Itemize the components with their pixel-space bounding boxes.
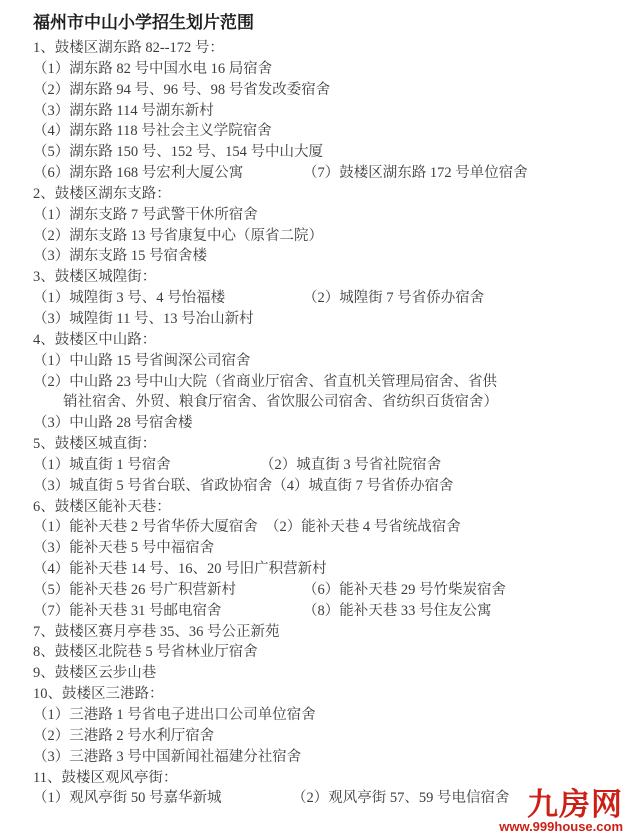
line-text: （3）城直街 5 号省台联、省政协宿舍（4）城直街 7 号省侨办宿舍 [33, 478, 454, 494]
line-text: （3）能补天巷 5 号中福宿舍 [33, 540, 214, 556]
line-text: （1）中山路 15 号省闽深公司宿舍 [33, 353, 251, 369]
line-text: 5、鼓楼区城直街： [33, 436, 156, 452]
document-line: （1）城隍街 3 号、4 号怡福楼（2）城隍街 7 号省侨办宿舍 [33, 288, 618, 309]
document-line: （3）湖东路 114 号湖东新村 [33, 101, 618, 122]
line-text: （3）湖东支路 15 号宿舍楼 [33, 248, 207, 264]
document-line: （1）湖东路 82 号中国水电 16 局宿舍 [33, 59, 618, 80]
line-text: （3）三港路 3 号中国新闻社福建分社宿舍 [33, 749, 301, 765]
document-line: （6）湖东路 168 号宏利大厦公寓（7）鼓楼区湖东路 172 号单位宿舍 [33, 163, 618, 184]
document-line: （3）城隍街 11 号、13 号冶山新村 [33, 309, 618, 330]
document-line: （7）能补天巷 31 号邮电宿舍（8）能补天巷 33 号住友公寓 [33, 601, 618, 622]
document-line: 2、鼓楼区湖东支路： [33, 184, 618, 205]
line-text-col2: （2）能补天巷 4 号省统战宿舍 [265, 517, 461, 538]
document-line: （1）湖东支路 7 号武警干休所宿舍 [33, 205, 618, 226]
document-line: 11、鼓楼区观风亭街： [33, 768, 618, 789]
line-text: 10、鼓楼区三港路： [33, 686, 164, 702]
line-text: （6）湖东路 168 号宏利大厦公寓 [33, 165, 243, 181]
document-line: 10、鼓楼区三港路： [33, 684, 618, 705]
document-line: （2）湖东支路 13 号省康复中心（原省二院） [33, 226, 618, 247]
watermark-url: www.999house.com [499, 820, 623, 834]
line-text: （2）三港路 2 号水利厅宿舍 [33, 728, 214, 744]
line-text: （5）湖东路 150 号、152 号、154 号中山大厦 [33, 144, 323, 160]
line-text: 1、鼓楼区湖东路 82--172 号： [33, 40, 224, 56]
document-line: 6、鼓楼区能补天巷： [33, 497, 618, 518]
page-title: 福州市中山小学招生划片范围 [33, 12, 618, 33]
document-line: （5）能补天巷 26 号广积营新村（6）能补天巷 29 号竹柴炭宿舍 [33, 580, 618, 601]
document-line: （2）湖东路 94 号、96 号、98 号省发改委宿舍 [33, 80, 618, 101]
line-text-col2: （6）能补天巷 29 号竹柴炭宿舍 [303, 580, 506, 601]
line-text: （3）中山路 28 号宿舍楼 [33, 415, 193, 431]
line-text: 销社宿舍、外贸、粮食厅宿舍、省饮服公司宿舍、省纺织百货宿舍） [63, 394, 498, 410]
line-text: 9、鼓楼区云步山巷 [33, 665, 156, 681]
line-text-col2: （2）城直街 3 号省社院宿舍 [260, 455, 441, 476]
line-text: （1）观风亭街 50 号嘉华新城 [33, 790, 222, 806]
line-text: （5）能补天巷 26 号广积营新村 [33, 582, 236, 598]
document-line: （4）湖东路 118 号社会主义学院宿舍 [33, 121, 618, 142]
line-text-col2: （2）观风亭街 57、59 号电信宿舍 [292, 788, 510, 809]
line-text: （1）城直街 1 号宿舍 [33, 457, 171, 473]
line-text: （3）湖东路 114 号湖东新村 [33, 103, 214, 119]
line-text: （1）城隍街 3 号、4 号怡福楼 [33, 290, 225, 306]
line-text: （3）城隍街 11 号、13 号冶山新村 [33, 311, 254, 327]
document-line: 销社宿舍、外贸、粮食厅宿舍、省饮服公司宿舍、省纺织百货宿舍） [33, 392, 618, 413]
line-text: （1）湖东路 82 号中国水电 16 局宿舍 [33, 61, 272, 77]
document-line: （3）中山路 28 号宿舍楼 [33, 413, 618, 434]
document-line: （1）中山路 15 号省闽深公司宿舍 [33, 351, 618, 372]
line-text: （1）三港路 1 号省电子进出口公司单位宿舍 [33, 707, 316, 723]
document-line: （2）中山路 23 号中山大院（省商业厅宿舍、省直机关管理局宿舍、省供 [33, 372, 618, 393]
line-text: 7、鼓楼区赛月亭巷 35、36 号公正新苑 [33, 624, 280, 640]
line-text: 3、鼓楼区城隍街： [33, 269, 156, 285]
line-text: （2）湖东路 94 号、96 号、98 号省发改委宿舍 [33, 82, 330, 98]
document-line: （4）能补天巷 14 号、16、20 号旧广积营新村 [33, 559, 618, 580]
line-text-col2: （7）鼓楼区湖东路 172 号单位宿舍 [303, 163, 528, 184]
document-line: （5）湖东路 150 号、152 号、154 号中山大厦 [33, 142, 618, 163]
line-text: （1）湖东支路 7 号武警干休所宿舍 [33, 207, 258, 223]
document-page: 福州市中山小学招生划片范围 1、鼓楼区湖东路 82--172 号：（1）湖东路 … [0, 0, 625, 837]
document-line: 4、鼓楼区中山路： [33, 330, 618, 351]
document-line: 5、鼓楼区城直街： [33, 434, 618, 455]
line-text-col2: （8）能补天巷 33 号住友公寓 [303, 601, 492, 622]
document-line: （1）城直街 1 号宿舍（2）城直街 3 号省社院宿舍 [33, 455, 618, 476]
line-text: 6、鼓楼区能补天巷： [33, 499, 171, 515]
document-line: （1）三港路 1 号省电子进出口公司单位宿舍 [33, 705, 618, 726]
line-text: （2）中山路 23 号中山大院（省商业厅宿舍、省直机关管理局宿舍、省供 [33, 374, 497, 390]
watermark: 九房网 www.999house.com [499, 789, 623, 834]
document-line: （3）湖东支路 15 号宿舍楼 [33, 246, 618, 267]
document-line: 3、鼓楼区城隍街： [33, 267, 618, 288]
document-line: 1、鼓楼区湖东路 82--172 号： [33, 38, 618, 59]
line-text: （4）能补天巷 14 号、16、20 号旧广积营新村 [33, 561, 327, 577]
document-line: （3）城直街 5 号省台联、省政协宿舍（4）城直街 7 号省侨办宿舍 [33, 476, 618, 497]
document-body: 1、鼓楼区湖东路 82--172 号：（1）湖东路 82 号中国水电 16 局宿… [33, 38, 618, 809]
line-text: （2）湖东支路 13 号省康复中心（原省二院） [33, 228, 323, 244]
document-line: 9、鼓楼区云步山巷 [33, 663, 618, 684]
line-text-col2: （2）城隍街 7 号省侨办宿舍 [303, 288, 484, 309]
document-line: （3）三港路 3 号中国新闻社福建分社宿舍 [33, 747, 618, 768]
line-text: （4）湖东路 118 号社会主义学院宿舍 [33, 123, 272, 139]
line-text: 4、鼓楼区中山路： [33, 332, 156, 348]
document-line: （2）三港路 2 号水利厅宿舍 [33, 726, 618, 747]
line-text: （7）能补天巷 31 号邮电宿舍 [33, 603, 222, 619]
line-text: 11、鼓楼区观风亭街： [33, 770, 177, 786]
document-line: （1）能补天巷 2 号省华侨大厦宿舍（2）能补天巷 4 号省统战宿舍 [33, 517, 618, 538]
document-line: （3）能补天巷 5 号中福宿舍 [33, 538, 618, 559]
document-line: 8、鼓楼区北院巷 5 号省林业厅宿舍 [33, 642, 618, 663]
watermark-logo: 九房网 [499, 789, 623, 820]
document-content: 福州市中山小学招生划片范围 1、鼓楼区湖东路 82--172 号：（1）湖东路 … [33, 12, 618, 809]
line-text: 2、鼓楼区湖东支路： [33, 186, 171, 202]
line-text: 8、鼓楼区北院巷 5 号省林业厅宿舍 [33, 644, 258, 660]
document-line: 7、鼓楼区赛月亭巷 35、36 号公正新苑 [33, 622, 618, 643]
line-text: （1）能补天巷 2 号省华侨大厦宿舍 [33, 519, 258, 535]
